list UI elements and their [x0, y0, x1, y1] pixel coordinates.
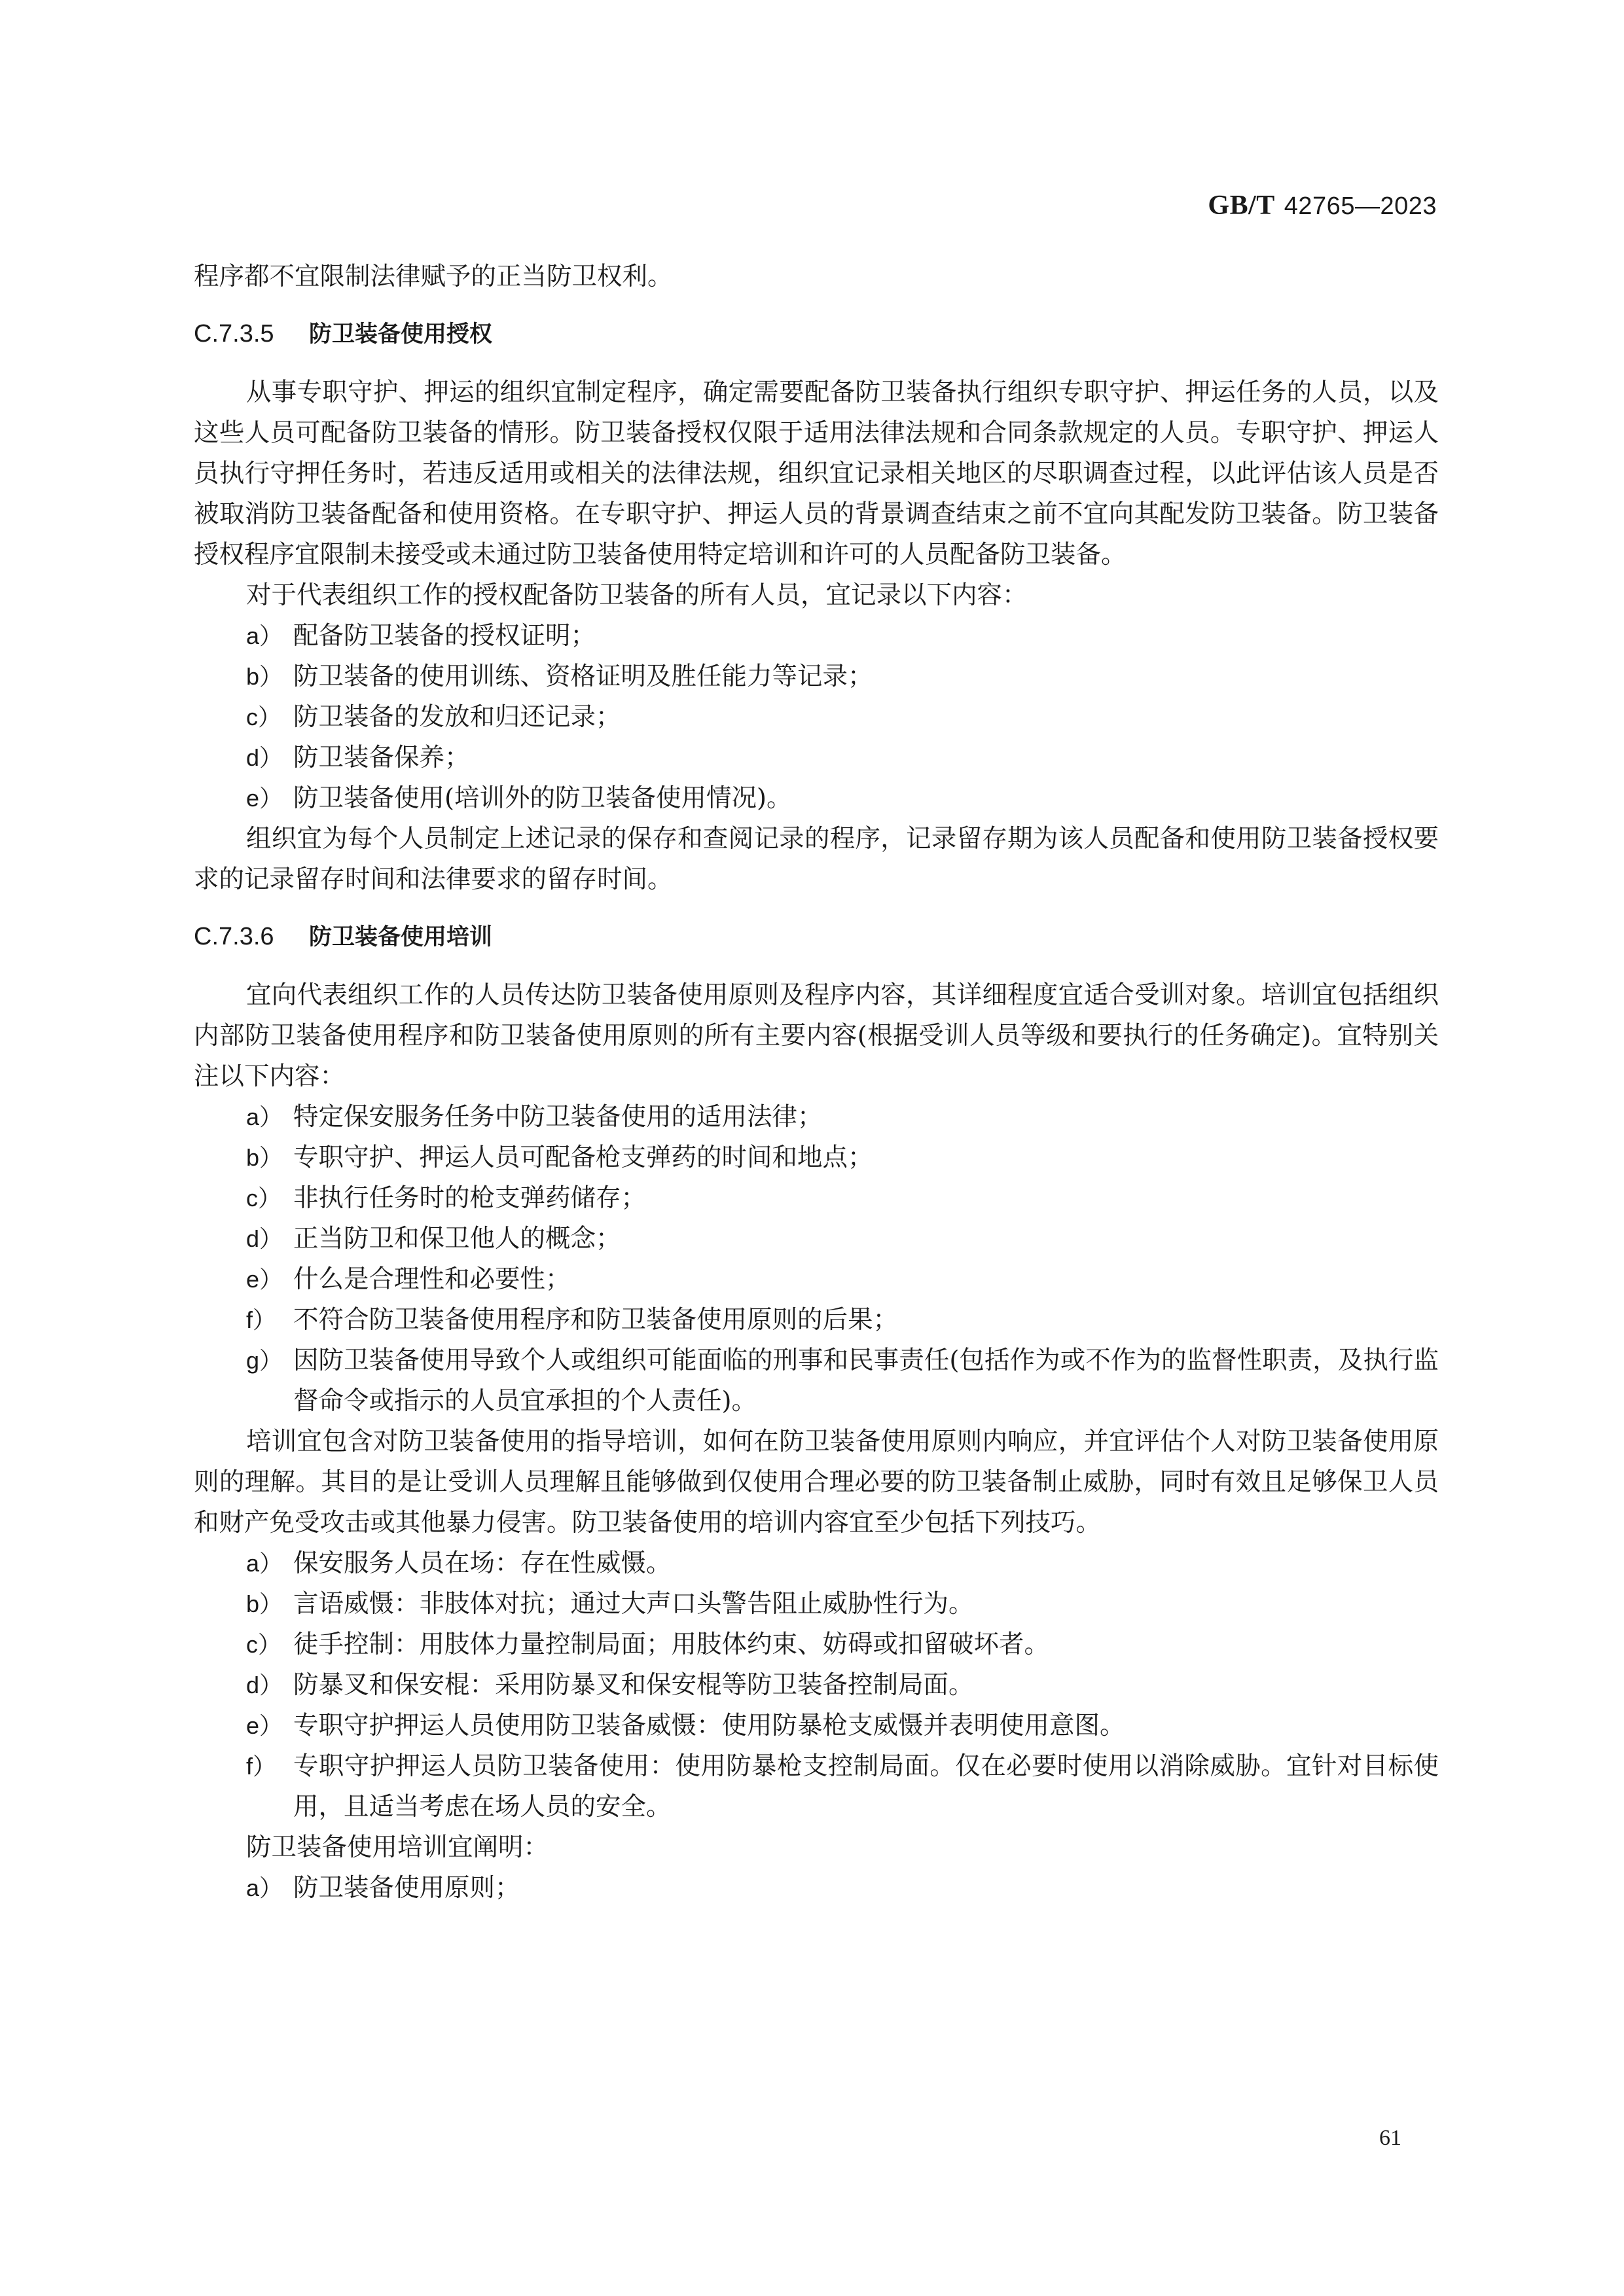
paragraph: 组织宜为每个人员制定上述记录的保存和查阅记录的程序，记录留存期为该人员配备和使用… — [194, 819, 1439, 900]
list-marker: e） — [246, 778, 283, 819]
list-item: c）徒手控制：用肢体力量控制局面；用肢体约束、妨碍或扣留破坏者。 — [194, 1624, 1439, 1665]
list-marker: a） — [246, 1868, 283, 1909]
training-clarification-list: a）防卫装备使用原则； — [194, 1868, 1439, 1909]
list-item-text: 不符合防卫装备使用程序和防卫装备使用原则的后果； — [293, 1305, 898, 1335]
continuation-paragraph: 程序都不宜限制法律赋予的正当防卫权利。 — [194, 257, 1439, 297]
list-item-text: 防卫装备的使用训练、资格证明及胜任能力等记录； — [293, 662, 873, 691]
list-item: f）不符合防卫装备使用程序和防卫装备使用原则的后果； — [194, 1300, 1439, 1340]
list-item: a）保安服务人员在场：存在性威慑。 — [194, 1543, 1439, 1584]
list-item-text: 特定保安服务任务中防卫装备使用的适用法律； — [293, 1102, 823, 1132]
standard-code: 42765—2023 — [1284, 192, 1437, 220]
list-item: e）什么是合理性和必要性； — [194, 1259, 1439, 1300]
list-marker: a） — [246, 1097, 283, 1138]
list-item-text: 专职守护、押运人员可配备枪支弹药的时间和地点； — [293, 1143, 873, 1172]
list-marker: c） — [246, 697, 281, 738]
list-marker: g） — [246, 1340, 283, 1381]
list-item: a）配备防卫装备的授权证明； — [194, 616, 1439, 656]
list-item-text: 言语威慑：非肢体对抗；通过大声口头警告阻止威胁性行为。 — [293, 1589, 974, 1619]
list-item: c）非执行任务时的枪支弹药储存； — [194, 1178, 1439, 1219]
list-item-text: 非执行任务时的枪支弹药储存； — [293, 1183, 646, 1213]
list-item: b）防卫装备的使用训练、资格证明及胜任能力等记录； — [194, 656, 1439, 697]
list-marker: f） — [246, 1746, 276, 1787]
paragraph: 宜向代表组织工作的人员传达防卫装备使用原则及程序内容，其详细程度宜适合受训对象。… — [194, 975, 1439, 1097]
list-item-text: 配备防卫装备的授权证明； — [293, 621, 596, 651]
section-title: 防卫装备使用培训 — [309, 924, 492, 950]
list-item: c）防卫装备的发放和归还记录； — [194, 697, 1439, 738]
paragraph: 培训宜包含对防卫装备使用的指导培训，如何在防卫装备使用原则内响应，并宜评估个人对… — [194, 1422, 1439, 1543]
list-item-text: 防卫装备使用原则； — [293, 1873, 520, 1903]
techniques-list: a）保安服务人员在场：存在性威慑。 b）言语威慑：非肢体对抗；通过大声口头警告阻… — [194, 1543, 1439, 1827]
list-item: d）防暴叉和保安棍：采用防暴叉和保安棍等防卫装备控制局面。 — [194, 1665, 1439, 1706]
standard-prefix: GB/T — [1208, 190, 1274, 221]
section-number: C.7.3.5 — [194, 318, 309, 350]
list-marker: b） — [246, 656, 283, 697]
list-item-text: 徒手控制：用肢体力量控制局面；用肢体约束、妨碍或扣留破坏者。 — [293, 1630, 1049, 1659]
list-marker: d） — [246, 1219, 283, 1259]
section-heading-c736: C.7.3.6防卫装备使用培训 — [194, 921, 1439, 953]
list-item-text: 正当防卫和保卫他人的概念； — [293, 1224, 621, 1253]
focus-topics-list: a）特定保安服务任务中防卫装备使用的适用法律； b）专职守护、押运人员可配备枪支… — [194, 1097, 1439, 1422]
list-marker: c） — [246, 1624, 281, 1665]
list-item: b）专职守护、押运人员可配备枪支弹药的时间和地点； — [194, 1138, 1439, 1178]
list-item: f）专职守护押运人员防卫装备使用：使用防暴枪支控制局面。仅在必要时使用以消除威胁… — [194, 1746, 1439, 1827]
list-marker: d） — [246, 738, 283, 778]
list-item-text: 因防卫装备使用导致个人或组织可能面临的刑事和民事责任(包括作为或不作为的监督性职… — [293, 1346, 1439, 1416]
standard-number-header: GB/T42765—2023 — [1208, 190, 1437, 221]
list-item: e）专职守护押运人员使用防卫装备威慑：使用防暴枪支威慑并表明使用意图。 — [194, 1706, 1439, 1746]
section-heading-c735: C.7.3.5防卫装备使用授权 — [194, 318, 1439, 350]
paragraph: 防卫装备使用培训宜阐明： — [194, 1827, 1439, 1868]
page-number: 61 — [1379, 2126, 1401, 2151]
list-marker: e） — [246, 1259, 283, 1300]
paragraph: 从事专职守护、押运的组织宜制定程序，确定需要配备防卫装备执行组织专职守护、押运任… — [194, 372, 1439, 575]
list-marker: e） — [246, 1706, 283, 1746]
list-item-text: 防卫装备使用(培训外的防卫装备使用情况)。 — [293, 783, 792, 813]
list-item: a）防卫装备使用原则； — [194, 1868, 1439, 1909]
list-item: e）防卫装备使用(培训外的防卫装备使用情况)。 — [194, 778, 1439, 819]
list-item-text: 保安服务人员在场：存在性威慑。 — [293, 1549, 672, 1578]
section-title: 防卫装备使用授权 — [309, 321, 492, 348]
paragraph: 对于代表组织工作的授权配备防卫装备的所有人员，宜记录以下内容： — [194, 575, 1439, 616]
list-item-text: 什么是合理性和必要性； — [293, 1265, 571, 1294]
list-marker: c） — [246, 1178, 281, 1219]
list-item: d）正当防卫和保卫他人的概念； — [194, 1219, 1439, 1259]
list-item-text: 专职守护押运人员使用防卫装备威慑：使用防暴枪支威慑并表明使用意图。 — [293, 1711, 1125, 1740]
section-number: C.7.3.6 — [194, 921, 309, 952]
list-marker: b） — [246, 1584, 283, 1624]
list-marker: d） — [246, 1665, 283, 1706]
list-item-text: 专职守护押运人员防卫装备使用：使用防暴枪支控制局面。仅在必要时使用以消除威胁。宜… — [293, 1751, 1439, 1821]
list-item: g）因防卫装备使用导致个人或组织可能面临的刑事和民事责任(包括作为或不作为的监督… — [194, 1340, 1439, 1422]
list-item-text: 防暴叉和保安棍：采用防暴叉和保安棍等防卫装备控制局面。 — [293, 1670, 974, 1700]
list-marker: a） — [246, 1543, 283, 1584]
record-list: a）配备防卫装备的授权证明； b）防卫装备的使用训练、资格证明及胜任能力等记录；… — [194, 616, 1439, 819]
list-marker: a） — [246, 616, 283, 656]
list-item: a）特定保安服务任务中防卫装备使用的适用法律； — [194, 1097, 1439, 1138]
list-item: d）防卫装备保养； — [194, 738, 1439, 778]
list-marker: f） — [246, 1300, 276, 1340]
list-item-text: 防卫装备保养； — [293, 743, 470, 772]
page-body: 程序都不宜限制法律赋予的正当防卫权利。 C.7.3.5防卫装备使用授权 从事专职… — [194, 257, 1439, 1909]
list-marker: b） — [246, 1138, 283, 1178]
list-item-text: 防卫装备的发放和归还记录； — [293, 702, 621, 732]
list-item: b）言语威慑：非肢体对抗；通过大声口头警告阻止威胁性行为。 — [194, 1584, 1439, 1624]
